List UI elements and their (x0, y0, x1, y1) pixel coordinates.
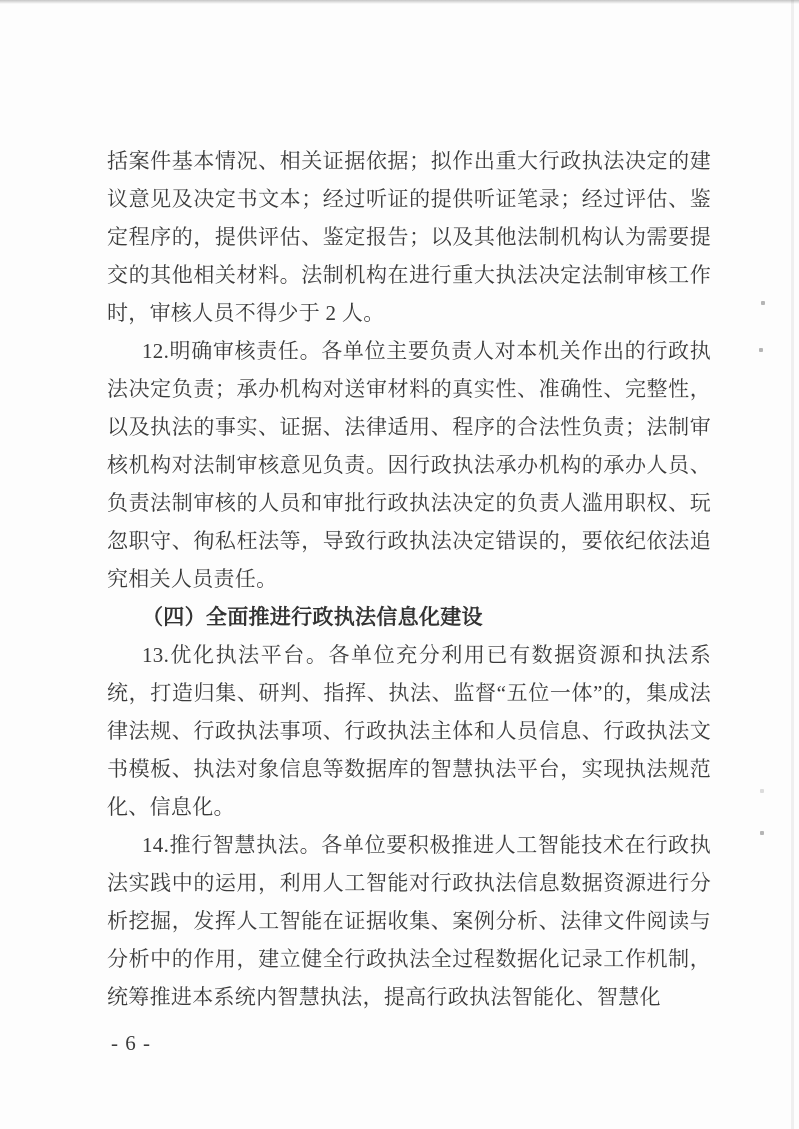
scan-speck (759, 348, 763, 352)
document-page: 括案件基本情况、相关证据依据；拟作出重大行政执法决定的建议意见及决定书文本；经过… (0, 0, 799, 1129)
scan-speck (760, 831, 764, 835)
paragraph-item-12: 12.明确审核责任。各单位主要负责人对本机关作出的行政执法决定负责；承办机构对送… (107, 332, 711, 598)
paragraph-item-13: 13.优化执法平台。各单位充分利用已有数据资源和执法系统，打造归集、研判、指挥、… (107, 636, 711, 826)
scan-speck (760, 789, 764, 793)
scan-speck (761, 301, 765, 305)
section-heading-4: （四）全面推进行政执法信息化建设 (107, 598, 711, 636)
paragraph-item-14: 14.推行智慧执法。各单位要积极推进人工智能技术在行政执法实践中的运用，利用人工… (107, 826, 711, 1016)
page-number: - 6 - (111, 1031, 151, 1056)
scan-top-edge-artifact (0, 0, 799, 4)
paragraph-continuation: 括案件基本情况、相关证据依据；拟作出重大行政执法决定的建议意见及决定书文本；经过… (107, 142, 711, 332)
scan-right-edge-artifact (791, 0, 794, 1129)
body-text-block: 括案件基本情况、相关证据依据；拟作出重大行政执法决定的建议意见及决定书文本；经过… (107, 142, 711, 1016)
